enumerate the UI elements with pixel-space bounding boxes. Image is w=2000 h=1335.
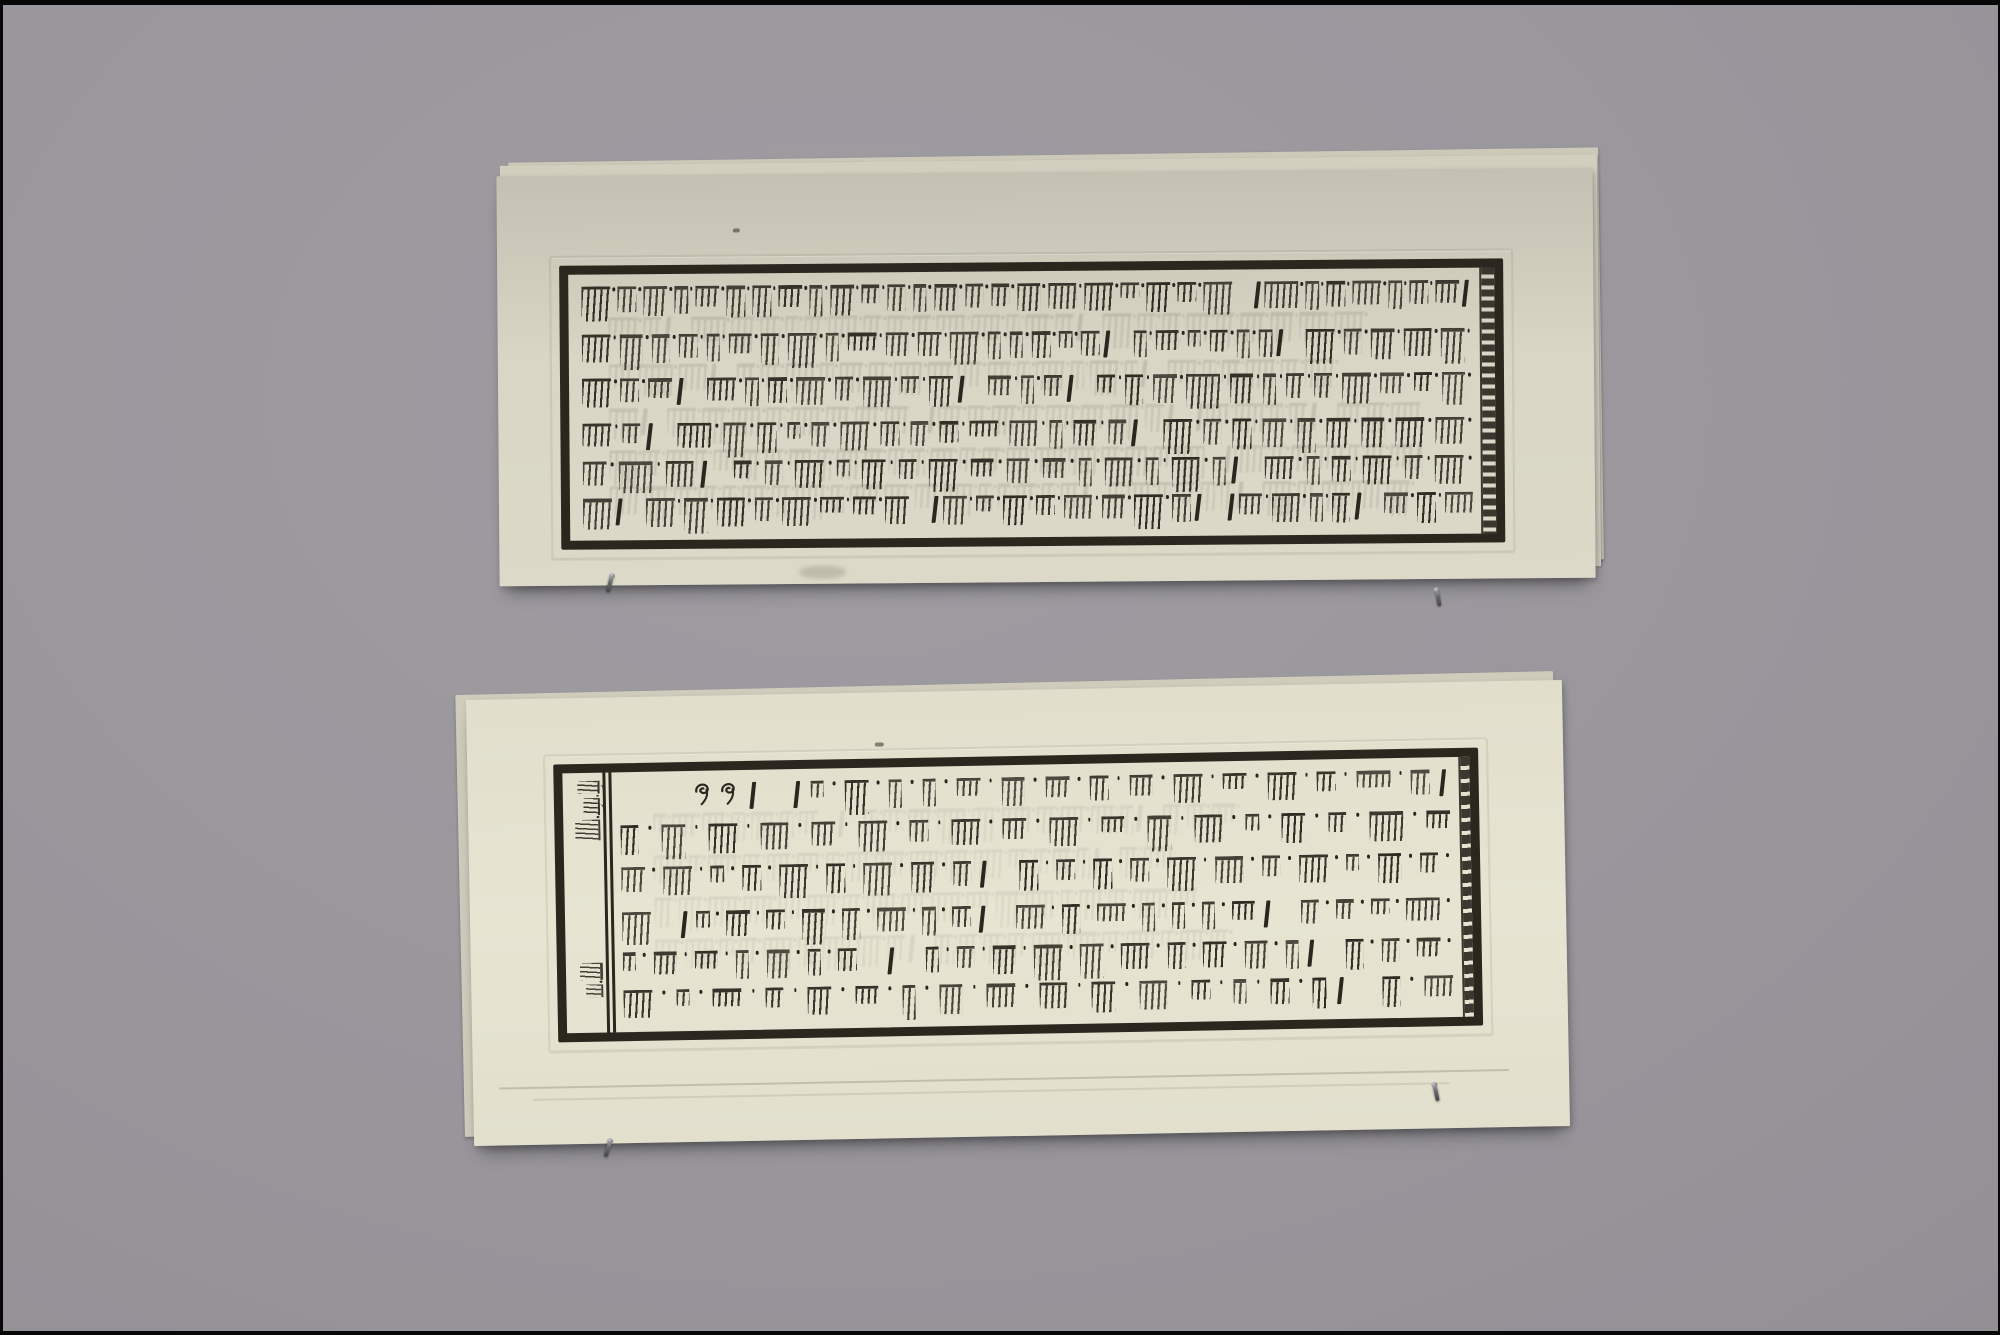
margin-column <box>570 773 610 1034</box>
photo <box>0 0 2000 1335</box>
pin <box>1435 589 1442 606</box>
frame-right-band <box>1479 267 1496 533</box>
top-leaf <box>497 163 1607 593</box>
text-line <box>583 492 1474 536</box>
text-line <box>582 328 1473 372</box>
margin-label-lower <box>578 963 604 1050</box>
photo-border-left <box>0 0 3 1335</box>
print-frame <box>559 258 1505 549</box>
head-mark-icon <box>694 781 712 816</box>
paper-crease <box>499 1069 1509 1089</box>
photo-border-top <box>0 0 2000 5</box>
text-line <box>582 372 1473 416</box>
leaf-paper <box>496 168 1595 587</box>
text-line <box>581 280 1472 324</box>
leaf-paper <box>466 680 1570 1146</box>
photo-border-bottom <box>0 1331 2000 1335</box>
head-mark-icon <box>720 780 738 815</box>
print-frame <box>553 748 1483 1043</box>
set-off-stain <box>799 566 845 579</box>
ink-smudge <box>875 742 884 746</box>
bottom-leaf <box>468 688 1578 1153</box>
ink-smudge <box>733 228 740 232</box>
text-line <box>582 417 1473 461</box>
margin-label-upper <box>575 781 602 897</box>
